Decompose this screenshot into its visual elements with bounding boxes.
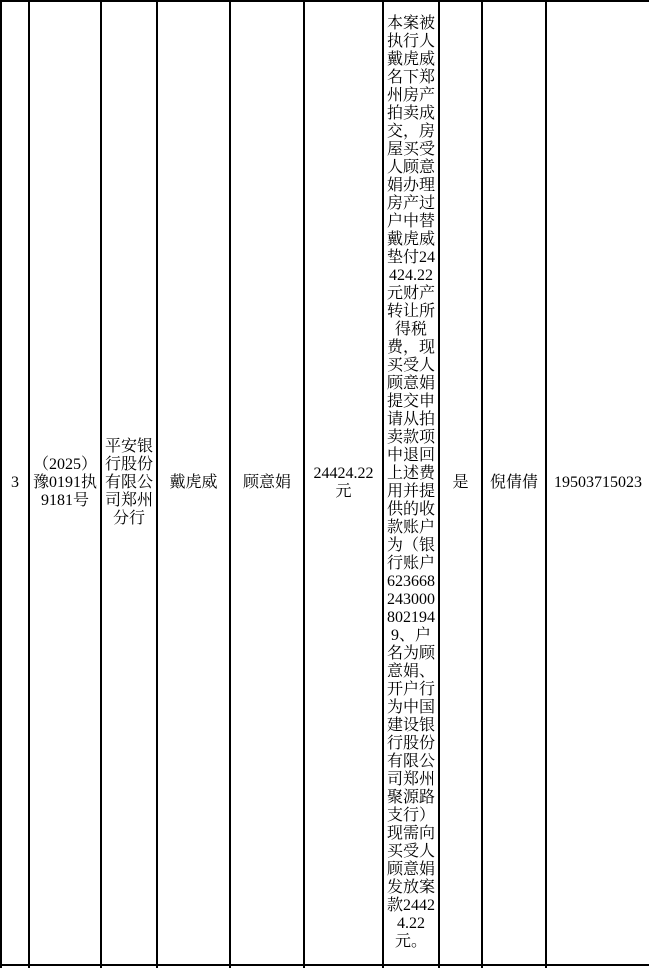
stub-cell <box>546 965 649 968</box>
cell-case-number: （2025）豫0191执9181号 <box>29 1 101 965</box>
document-page: 3 （2025）豫0191执9181号 平安银行股份有限公司郑州分行 戴虎威 顾… <box>0 0 649 971</box>
table-row-partial <box>1 965 649 968</box>
cell-amount: 24424.22元 <box>304 1 383 965</box>
stub-cell <box>383 965 439 968</box>
case-payment-table: 3 （2025）豫0191执9181号 平安银行股份有限公司郑州分行 戴虎威 顾… <box>0 0 649 968</box>
cell-row-index: 3 <box>1 1 29 965</box>
cell-applicant-bank: 平安银行股份有限公司郑州分行 <box>101 1 157 965</box>
stub-cell <box>482 965 546 968</box>
stub-cell <box>439 965 482 968</box>
stub-cell <box>29 965 101 968</box>
table-row: 3 （2025）豫0191执9181号 平安银行股份有限公司郑州分行 戴虎威 顾… <box>1 1 649 965</box>
stub-cell <box>230 965 304 968</box>
stub-cell <box>101 965 157 968</box>
stub-cell <box>304 965 383 968</box>
cell-case-details: 本案被执行人戴虎威名下郑州房产拍卖成交，房屋买受人顾意娟办理房产过户中替戴虎威垫… <box>383 1 439 965</box>
cell-contact-phone: 19503715023 <box>546 1 649 965</box>
stub-cell <box>1 965 29 968</box>
cell-payee: 顾意娟 <box>230 1 304 965</box>
stub-cell <box>157 965 230 968</box>
cell-approval: 是 <box>439 1 482 965</box>
cell-person-executed: 戴虎威 <box>157 1 230 965</box>
cell-contact-person: 倪倩倩 <box>482 1 546 965</box>
